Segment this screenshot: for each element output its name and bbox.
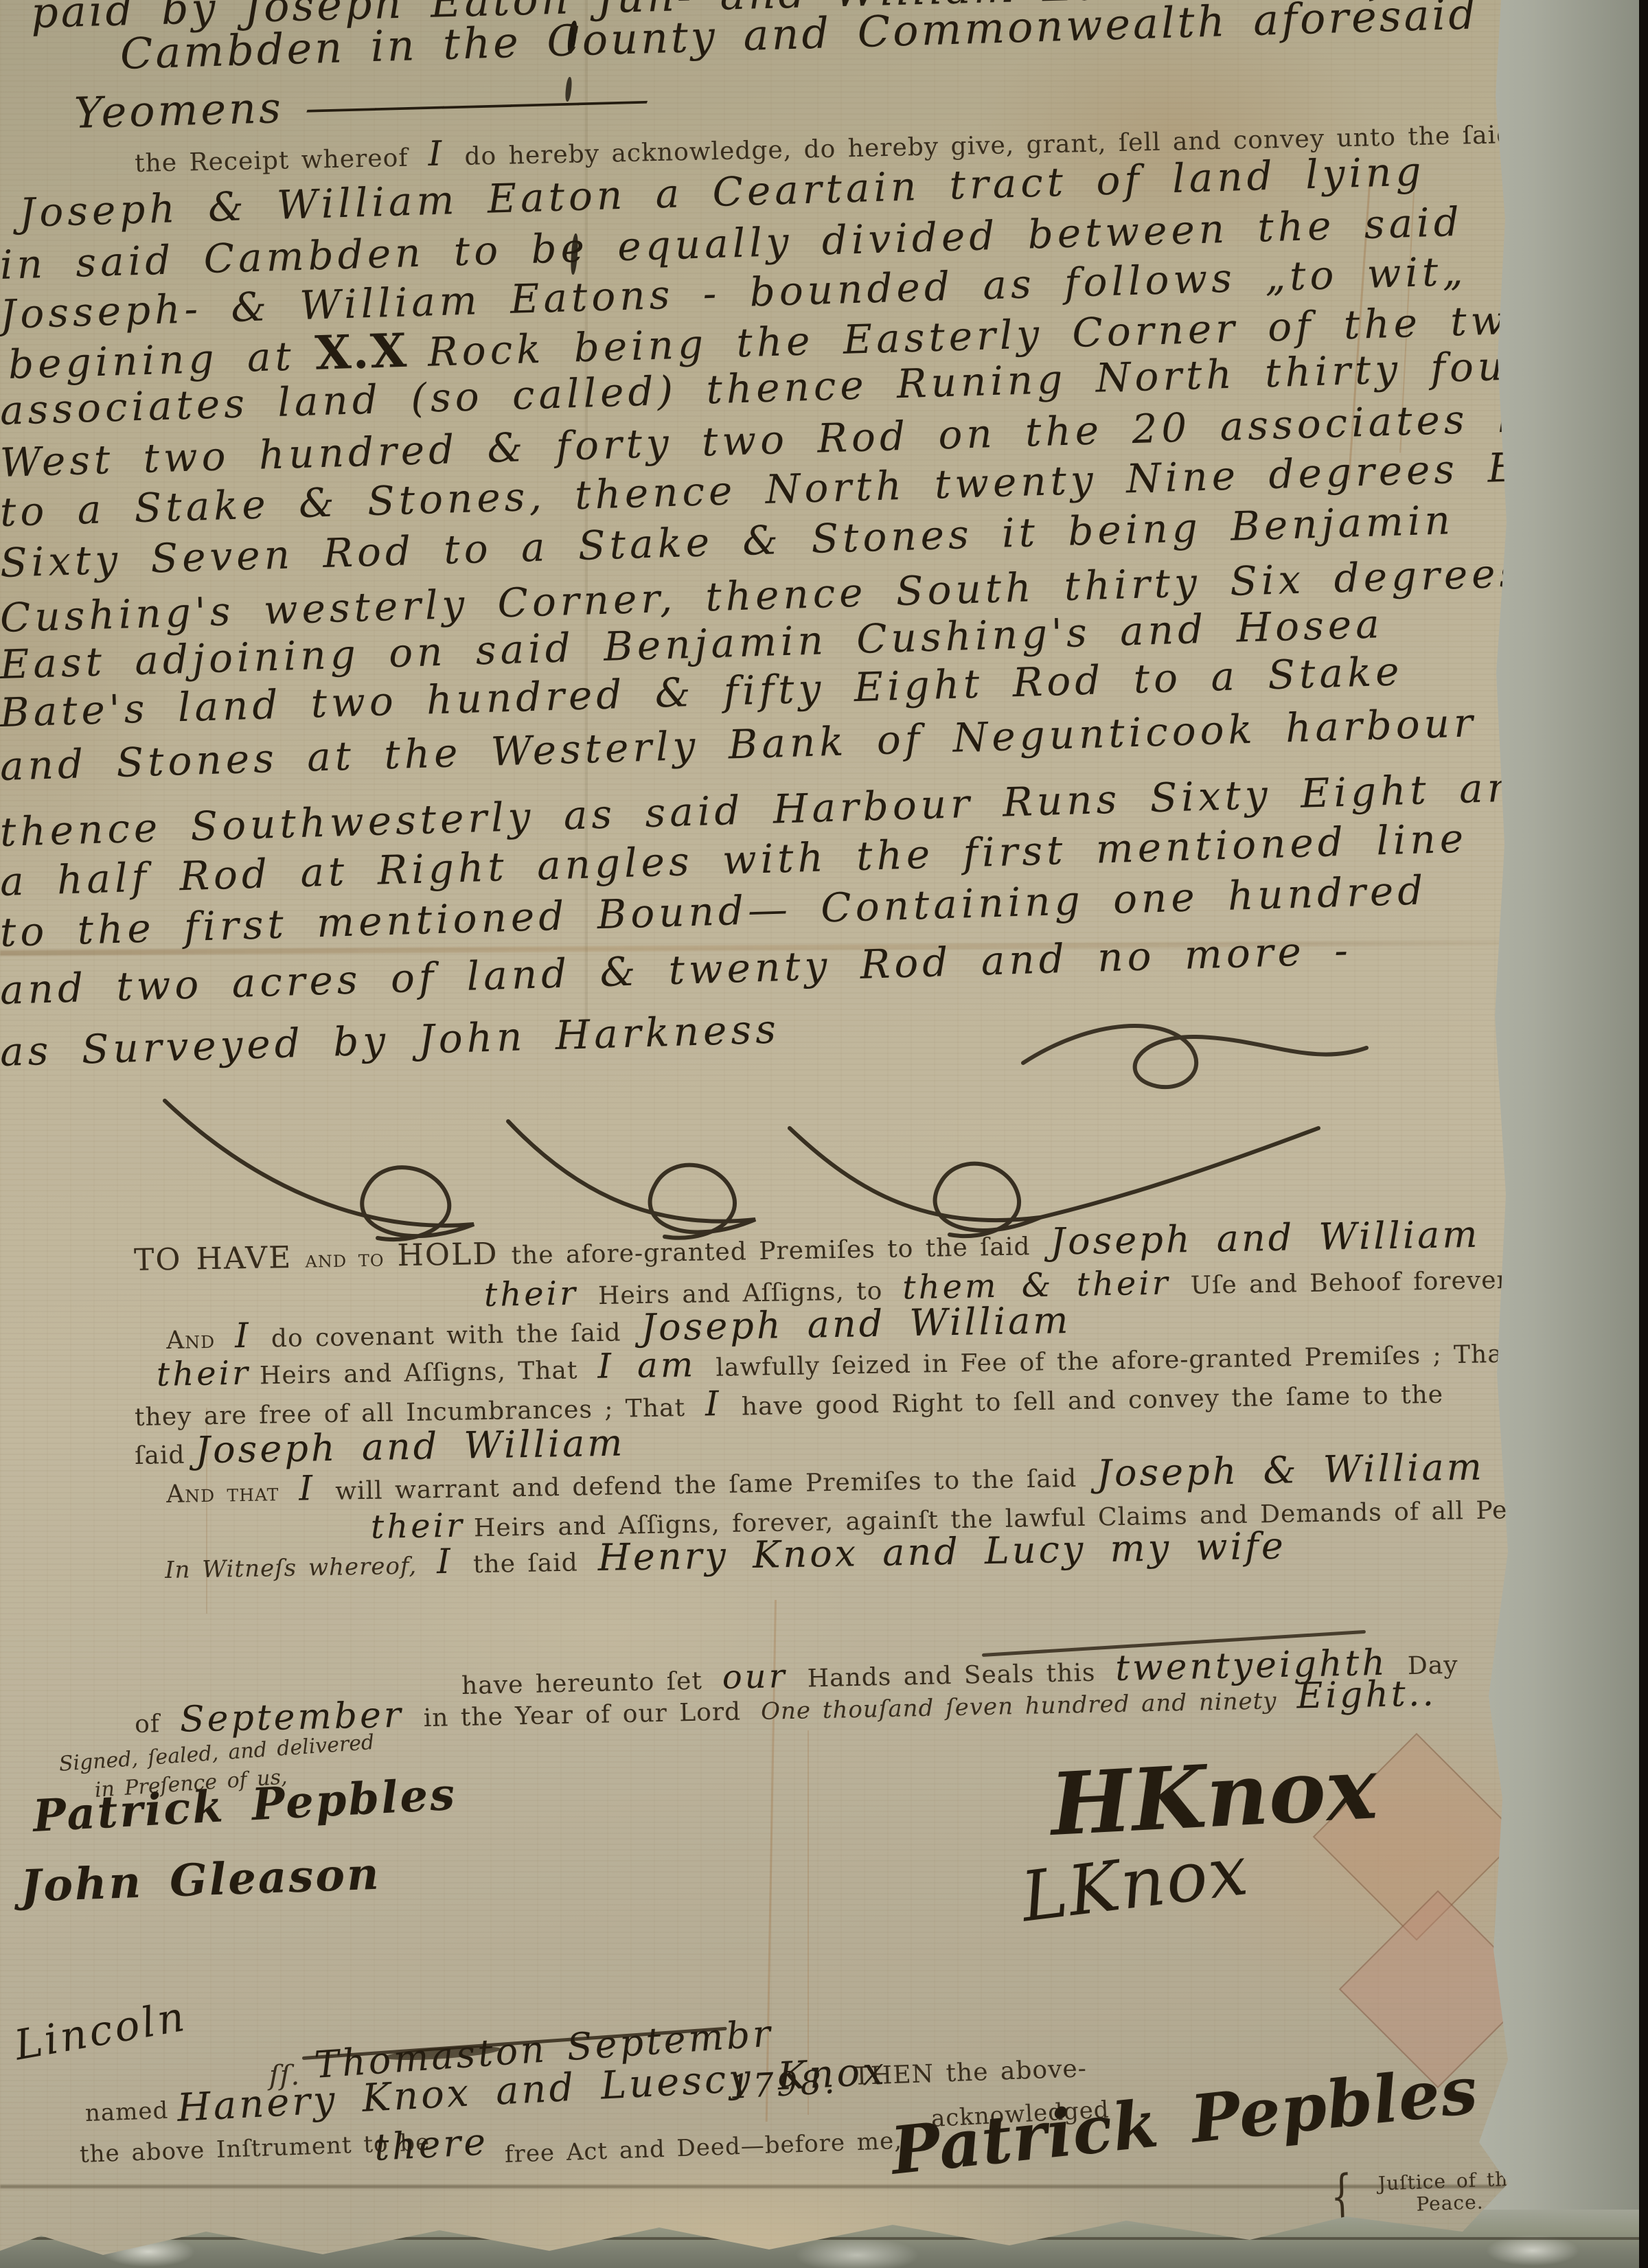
printed-segment: ſaid — [135, 1441, 185, 1470]
handwritten-segment: Joseph & William — [1097, 1445, 1485, 1495]
printed-segment: Heirs and Aſſigns, That — [260, 1356, 578, 1390]
ack-then: THEN the above- — [853, 2054, 1087, 2091]
ack-deed: free Act and Deed—before me, — [504, 2127, 902, 2168]
printed-segment: the afore-granted Premiſes to the ſaid — [511, 1233, 1031, 1270]
handwritten-segment: I — [437, 1542, 454, 1581]
bottom-crease — [0, 2185, 1508, 2188]
printed-segment: and to — [305, 1245, 385, 1274]
land-line-17: as Surveyed by John Harkness — [0, 1005, 781, 1075]
printed-segment: And — [166, 1326, 216, 1355]
printed-segment: have good Right to ſell and convey the ſ… — [742, 1381, 1444, 1421]
handwritten-segment: I — [428, 134, 445, 174]
witness-signature-gleason: John Gleason — [20, 1848, 382, 1912]
printed-segment: TO HAVE — [134, 1240, 293, 1278]
printed-segment: the Receipt whereof — [135, 144, 409, 178]
printed-segment: Juſtice of the — [1377, 2168, 1520, 2195]
ack-named: named — [84, 2097, 169, 2127]
ack-there: there — [373, 2120, 489, 2169]
handwritten-segment: I — [705, 1384, 722, 1423]
printed-segment: the ſaid — [473, 1549, 578, 1579]
printed-segment: Peace. — [1416, 2191, 1484, 2216]
printed-segment: Uſe and Behoof forever. — [1190, 1266, 1515, 1300]
printed-segment: HOLD — [397, 1237, 499, 1274]
handwritten-segment: I am — [597, 1344, 696, 1386]
handwritten-segment: Eight.. — [1296, 1673, 1437, 1717]
printed-segment: And that — [166, 1478, 279, 1509]
printed-segment: One thouſand ſeven hundred and ninety — [761, 1687, 1277, 1726]
flourish-dash: ————— — [303, 76, 643, 131]
scanned-deed-page: paid by Joseph Eaton Jun- and William Ea… — [0, 0, 1648, 2268]
deed-paper: paid by Joseph Eaton Jun- and William Ea… — [0, 0, 1508, 2268]
handwritten-segment: I — [299, 1468, 316, 1508]
printed-segment: of — [135, 1710, 161, 1739]
opening-line-3: Yeomens ————— — [73, 77, 483, 138]
handwritten-segment: I — [235, 1316, 252, 1355]
handwritten-segment: Yeomens — [73, 82, 284, 138]
handwritten-segment: Joseph and William — [1050, 1213, 1480, 1263]
bold-rock-mark: X.X — [314, 323, 409, 381]
ack-county: Lincoln — [11, 1993, 191, 2070]
printed-segment: In Witneſs whereof, — [165, 1553, 417, 1584]
handwritten-segment: their — [157, 1354, 251, 1394]
scan-edge — [1639, 0, 1648, 2268]
witness-whereof-line: In Witneſs whereof, I the ſaid Henry Kno… — [164, 1524, 1286, 1587]
printed-segment: in the Year of our Lord — [423, 1698, 741, 1733]
